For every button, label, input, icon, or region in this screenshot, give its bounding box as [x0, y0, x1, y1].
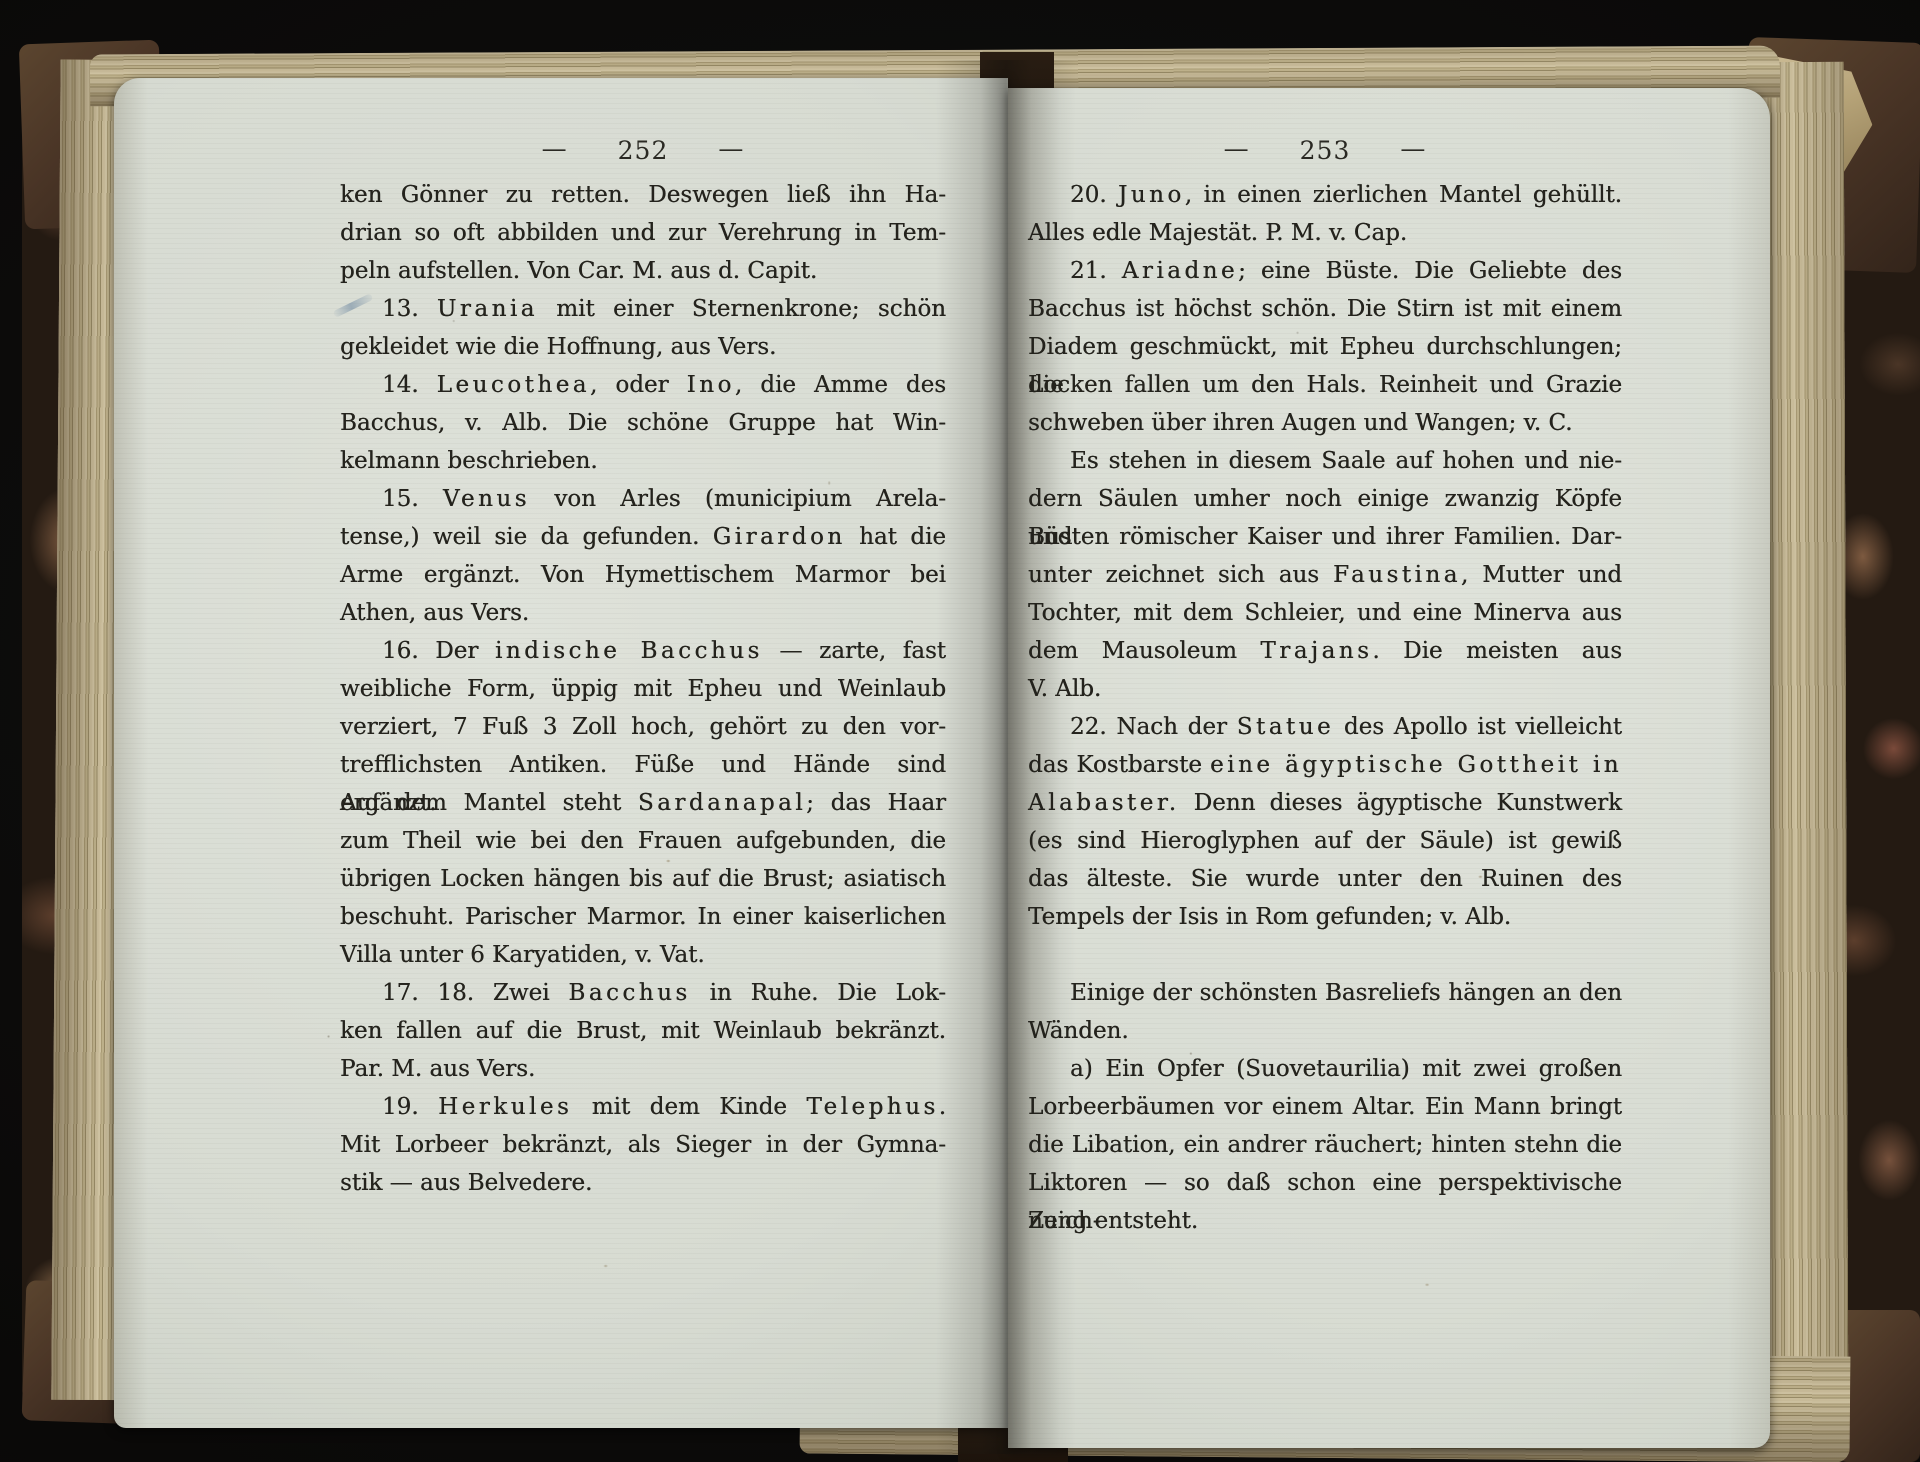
- text-line: Villa unter 6 Karyatiden, v. Vat.: [340, 936, 946, 974]
- text-line: das Kostbarste eine ägyptische Gottheit …: [1028, 746, 1622, 784]
- text-line: 15. Venus von Arles (municipium Arela-: [340, 480, 946, 518]
- text-line: Einige der schönsten Basreliefs hängen a…: [1028, 974, 1622, 1012]
- text-line: 22. Nach der Statue des Apollo ist viell…: [1028, 708, 1622, 746]
- text-line: dem Mausoleum Trajans. Die meisten aus: [1028, 632, 1622, 670]
- text-line: schweben über ihren Augen und Wangen; v.…: [1028, 404, 1622, 442]
- page-253-text-column: 20. Juno, in einen zierlichen Mantel geh…: [1028, 176, 1622, 1240]
- text-line: Es stehen in diesem Saale auf hohen und …: [1028, 442, 1622, 480]
- text-line: trefflichsten Antiken. Füße und Hände si…: [340, 746, 946, 784]
- text-line: 16. Der indische Bacchus — zarte, fast: [340, 632, 946, 670]
- text-line: 17. 18. Zwei Bacchus in Ruhe. Die Lok-: [340, 974, 946, 1012]
- text-line: Arme ergänzt. Von Hymettischem Marmor be…: [340, 556, 946, 594]
- text-line: tense,) weil sie da gefunden. Girardon h…: [340, 518, 946, 556]
- text-line: Locken fallen um den Hals. Reinheit und …: [1028, 366, 1622, 404]
- text-line: Alabaster. Denn dieses ägyptische Kunstw…: [1028, 784, 1622, 822]
- text-line: Diadem geschmückt, mit Epheu durchschlun…: [1028, 328, 1622, 366]
- text-line: Athen, aus Vers.: [340, 594, 946, 632]
- text-line: zum Theil wie bei den Frauen aufgebunden…: [340, 822, 946, 860]
- text-line: gekleidet wie die Hoffnung, aus Vers.: [340, 328, 946, 366]
- text-line: drian so oft abbilden und zur Verehrung …: [340, 214, 946, 252]
- text-line: ken Gönner zu retten. Deswegen ließ ihn …: [340, 176, 946, 214]
- header-dash: —: [1224, 134, 1250, 163]
- text-line: Tochter, mit dem Schleier, und eine Mine…: [1028, 594, 1622, 632]
- text-line: Büsten römischer Kaiser und ihrer Famili…: [1028, 518, 1622, 556]
- text-line: Wänden.: [1028, 1012, 1622, 1050]
- text-line: V. Alb.: [1028, 670, 1622, 708]
- header-dash: —: [718, 134, 744, 163]
- text-line: stik — aus Belvedere.: [340, 1164, 946, 1202]
- text-line: 19. Herkules mit dem Kinde Telephus.: [340, 1088, 946, 1126]
- text-line: die Libation, ein andrer räuchert; hinte…: [1028, 1126, 1622, 1164]
- text-line: Bacchus ist höchst schön. Die Stirn ist …: [1028, 290, 1622, 328]
- text-line: Auf dem Mantel steht Sardanapal; das Haa…: [340, 784, 946, 822]
- page-number-252: 252: [618, 136, 669, 165]
- text-line: 13. Urania mit einer Sternenkrone; schön: [340, 290, 946, 328]
- photo-background: — 252 — — 253 — ken Gönner zu retten. De…: [0, 0, 1920, 1462]
- text-line: unter zeichnet sich aus Faustina, Mutter…: [1028, 556, 1622, 594]
- text-line: übrigen Locken hängen bis auf die Brust;…: [340, 860, 946, 898]
- page-252-header: — 252 —: [340, 136, 946, 165]
- text-line: beschuht. Parischer Marmor. In einer kai…: [340, 898, 946, 936]
- text-line: a) Ein Opfer (Suovetaurilia) mit zwei gr…: [1028, 1050, 1622, 1088]
- text-line: ken fallen auf die Brust, mit Weinlaub b…: [340, 1012, 946, 1050]
- page-number-253: 253: [1300, 136, 1351, 165]
- text-line: Alles edle Majestät. P. M. v. Cap.: [1028, 214, 1622, 252]
- text-line: Lorbeerbäumen vor einem Altar. Ein Mann …: [1028, 1088, 1622, 1126]
- page-252-text-column: ken Gönner zu retten. Deswegen ließ ihn …: [340, 176, 946, 1202]
- text-line: Par. M. aus Vers.: [340, 1050, 946, 1088]
- text-line: 14. Leucothea, oder Ino, die Amme des: [340, 366, 946, 404]
- text-line: weibliche Form, üppig mit Epheu und Wein…: [340, 670, 946, 708]
- header-dash: —: [542, 134, 568, 163]
- text-line: verziert, 7 Fuß 3 Zoll hoch, gehört zu d…: [340, 708, 946, 746]
- text-line: nung entsteht.: [1028, 1202, 1622, 1240]
- text-line: (es sind Hieroglyphen auf der Säule) ist…: [1028, 822, 1622, 860]
- page-253-header: — 253 —: [1028, 136, 1622, 165]
- text-line: 21. Ariadne; eine Büste. Die Geliebte de…: [1028, 252, 1622, 290]
- leather-corner-bottom-right: [1838, 1310, 1920, 1462]
- text-line: Mit Lorbeer bekränzt, als Sieger in der …: [340, 1126, 946, 1164]
- text-line: Bacchus, v. Alb. Die schöne Gruppe hat W…: [340, 404, 946, 442]
- text-line: 20. Juno, in einen zierlichen Mantel geh…: [1028, 176, 1622, 214]
- text-line: Tempels der Isis in Rom gefunden; v. Alb…: [1028, 898, 1622, 936]
- text-line: kelmann beschrieben.: [340, 442, 946, 480]
- text-line: Liktoren — so daß schon eine perspektivi…: [1028, 1164, 1622, 1202]
- text-line: das älteste. Sie wurde unter den Ruinen …: [1028, 860, 1622, 898]
- text-line: peln aufstellen. Von Car. M. aus d. Capi…: [340, 252, 946, 290]
- header-dash: —: [1400, 134, 1426, 163]
- text-line: dern Säulen umher noch einige zwanzig Kö…: [1028, 480, 1622, 518]
